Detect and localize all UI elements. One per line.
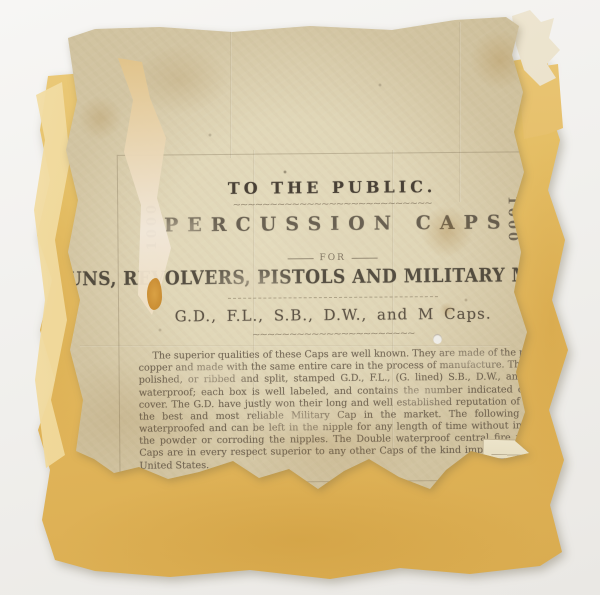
paper-tear-residue	[147, 278, 162, 310]
label-paper: 1000 1000 TO THE PUBLIC. ~~~~~~~~~~~~~~~…	[0, 0, 600, 595]
pin-hole	[433, 334, 442, 344]
ink-fade-patches	[0, 0, 600, 595]
photo-background: 1000 1000 TO THE PUBLIC. ~~~~~~~~~~~~~~~…	[0, 0, 600, 595]
label-paper-surface: 1000 1000 TO THE PUBLIC. ~~~~~~~~~~~~~~~…	[0, 0, 600, 595]
